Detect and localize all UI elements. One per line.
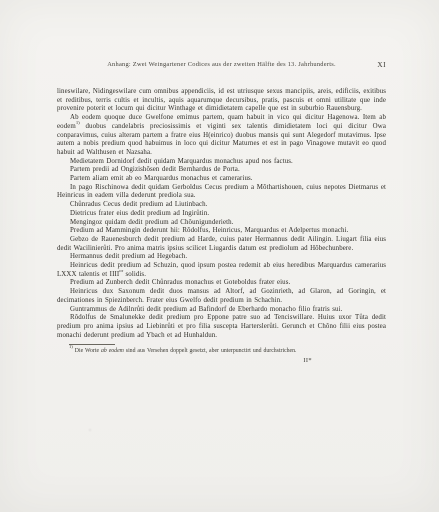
paragraph: In pago Rischinowa dedit quidam Gerboldu… [57, 184, 386, 201]
text-segment: duobus candelabris preciosissimis et vig… [57, 123, 386, 156]
signature-mark: II* [57, 357, 386, 364]
paragraph: Heinricus dedit predium ad Schuzin, quod… [57, 262, 386, 279]
text-segment: Heinricus dedit predium ad Schuzin, quod… [57, 262, 386, 278]
text-segment: Rôdolfus de Smalunekke dedit predium pro… [57, 314, 386, 338]
paragraph: Hermannus dedit predium ad Hegebach. [57, 253, 386, 262]
text-segment: Guntrammus de Adilnrůti dedit predium ad… [70, 306, 342, 313]
text-segment: Die Worte [73, 348, 101, 354]
text-segment: ab eodem [101, 348, 124, 354]
text-segment: lineswilare, Nidingeswilare cum omnibus … [57, 88, 386, 112]
paragraph: lineswilare, Nidingeswilare cum omnibus … [57, 88, 386, 114]
text-segment: Chůnradus Cecus dedit predium ad Liutinb… [70, 201, 208, 208]
page-number: XI [377, 61, 386, 69]
footnote-block: 1) Die Worte ab eodem sind aus Versehen … [57, 344, 386, 364]
body-paragraphs: lineswilare, Nidingeswilare cum omnibus … [57, 88, 386, 340]
text-segment: Mengingoz quidam dedit predium ad Chôuni… [70, 219, 234, 226]
paragraph: Partem predii ad Ongizishôsen dedit Bern… [57, 166, 386, 175]
text-segment: Medietatem Dornidorf dedit quidam Marqua… [70, 158, 293, 165]
paragraph: Guntrammus de Adilnrůti dedit predium ad… [57, 306, 386, 315]
paragraph: Predium ad Mammingin dederunt hii: Rôdol… [57, 227, 386, 236]
text-segment: solidis. [123, 271, 146, 278]
paragraph: Predium ad Zunberch dedit Chůnradus mona… [57, 279, 386, 288]
text-segment: Partem aliam emit ab eo Marquardus monac… [70, 175, 253, 182]
text-block: Anhang: Zwei Weingartener Codices aus de… [57, 61, 386, 364]
text-segment: Predium ad Zunberch dedit Chůnradus mona… [70, 279, 290, 286]
text-segment: Dietricus frater eius dedit predium ad I… [70, 210, 209, 217]
paragraph: Dietricus frater eius dedit predium ad I… [57, 210, 386, 219]
paragraph: Medietatem Dornidorf dedit quidam Marqua… [57, 158, 386, 167]
running-head: Anhang: Zwei Weingartener Codices aus de… [57, 61, 386, 71]
text-segment: In pago Rischinowa dedit quidam Gerboldu… [57, 184, 386, 200]
text-segment: Predium ad Mammingin dederunt hii: Rôdol… [70, 227, 348, 234]
text-segment: sind aus Versehen doppelt gesetzt, aber … [124, 348, 297, 354]
paragraph: Rôdolfus de Smalunekke dedit predium pro… [57, 314, 386, 340]
footnote-rule [69, 344, 115, 345]
footnote-text: 1) Die Worte ab eodem sind aus Versehen … [57, 347, 386, 355]
text-segment: Gebzo de Rauenesburch dedit predium ad H… [57, 236, 386, 252]
paragraph: Ab eodem quoque duce Gwelfone emimus par… [57, 114, 386, 158]
scanned-book-page: Anhang: Zwei Weingartener Codices aus de… [0, 0, 439, 512]
paragraph: Chůnradus Cecus dedit predium ad Liutinb… [57, 201, 386, 210]
text-segment: Hermannus dedit predium ad Hegebach. [70, 253, 187, 260]
paragraph: Gebzo de Rauenesburch dedit predium ad H… [57, 236, 386, 253]
running-head-caption: Anhang: Zwei Weingartener Codices aus de… [57, 61, 386, 68]
paragraph: Partem aliam emit ab eo Marquardus monac… [57, 175, 386, 184]
text-segment: Heinricus dux Saxonum dedit duos mansus … [57, 288, 386, 304]
paragraph: Heinricus dux Saxonum dedit duos mansus … [57, 288, 386, 305]
paragraph: Mengingoz quidam dedit predium ad Chôuni… [57, 219, 386, 228]
text-segment: Partem predii ad Ongizishôsen dedit Bern… [70, 166, 240, 173]
